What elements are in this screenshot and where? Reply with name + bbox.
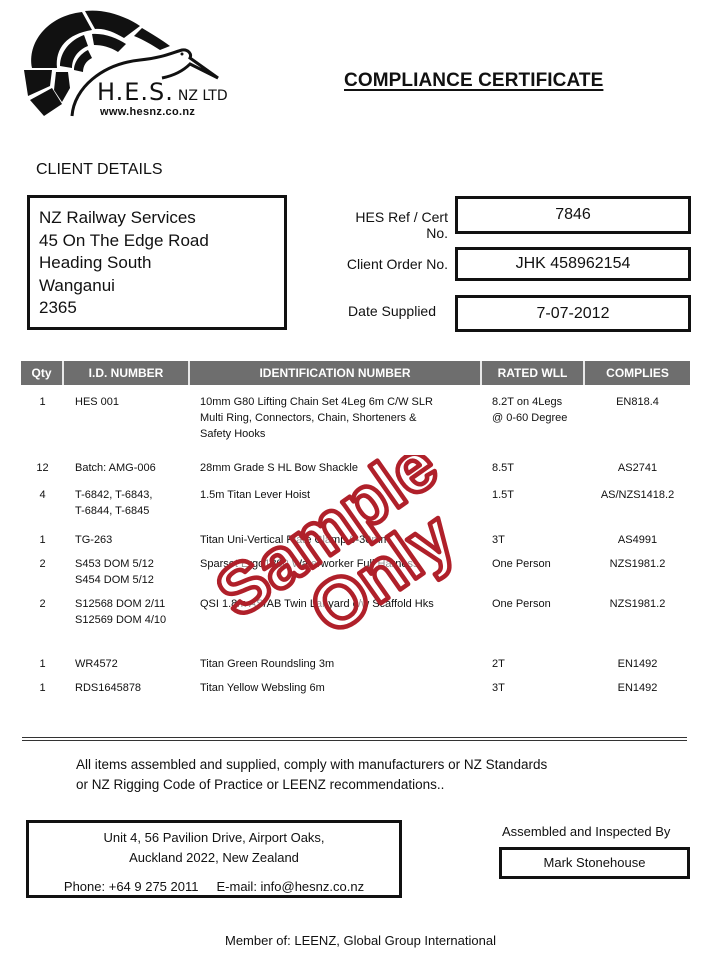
cell-qty: 12 [21,460,64,476]
cell-id-number-line: Batch: AMG-006 [75,460,190,476]
certificate-title: COMPLIANCE CERTIFICATE [344,70,603,92]
inspected-by-label: Assembled and Inspected By [502,824,670,839]
table-row: 2S12568 DOM 2/11S12569 DOM 4/10QSI 1.8m … [21,596,690,628]
cell-description: Titan Green Roundsling 3m [190,656,482,672]
compliance-statement: All items assembled and supplied, comply… [76,755,547,795]
cell-description: 28mm Grade S HL Bow Shackle [190,460,482,476]
cell-complies: EN818.4 [585,394,690,442]
cell-qty: 2 [21,556,64,588]
date-supplied-value: 7-07-2012 [455,295,691,332]
cell-complies: AS/NZS1418.2 [585,487,690,519]
cell-description: QSI 1.8m AS/AB Twin Lanyard c/w Scaffold… [190,596,482,628]
client-details-box: NZ Railway Services 45 On The Edge Road … [27,195,287,330]
cell-rated-wll-line: 3T [492,532,585,548]
cell-rated-wll: 1.5T [482,487,585,519]
cell-description-line: Titan Green Roundsling 3m [200,656,482,672]
cell-complies: NZS1981.2 [585,596,690,628]
column-header-id-number: I.D. NUMBER [64,361,190,385]
cell-description: 1.5m Titan Lever Hoist [190,487,482,519]
client-name: NZ Railway Services [39,207,284,230]
client-street: 45 On The Edge Road [39,230,284,253]
cell-qty: 1 [21,680,64,696]
company-email: E-mail: info@hesnz.co.nz [216,879,364,894]
cell-id-number-line: S12569 DOM 4/10 [75,612,190,628]
cell-id-number-line: T-6844, T-6845 [75,503,190,519]
column-header-qty: Qty [21,361,64,385]
inspector-name: Mark Stonehouse [499,847,690,879]
cell-id-number: TG-263 [64,532,190,548]
table-row: 4T-6842, T-6843,T-6844, T-68451.5m Titan… [21,487,690,519]
company-contact: Phone: +64 9 275 2011E-mail: info@hesnz.… [29,877,399,897]
statement-line: All items assembled and supplied, comply… [76,755,547,775]
cell-id-number-line: S454 DOM 5/12 [75,572,190,588]
cell-qty: 1 [21,394,64,442]
cell-id-number: Batch: AMG-006 [64,460,190,476]
cell-description-line: Safety Hooks [200,426,482,442]
cell-rated-wll-line: One Person [492,556,585,572]
cell-id-number-line: S453 DOM 5/12 [75,556,190,572]
table-row: 1TG-263Titan Uni-Vertical Plate Clamp 0-… [21,532,690,548]
cell-rated-wll-line: @ 0-60 Degree [492,410,585,426]
cell-id-number: T-6842, T-6843,T-6844, T-6845 [64,487,190,519]
cell-id-number-line: RDS1645878 [75,680,190,696]
cell-id-number: WR4572 [64,656,190,672]
cell-description-line: 10mm G80 Lifting Chain Set 4Leg 6m C/W S… [200,394,482,410]
client-details-heading: CLIENT DETAILS [36,161,163,179]
cell-id-number-line: S12568 DOM 2/11 [75,596,190,612]
cell-complies: NZS1981.2 [585,556,690,588]
address-line-2: Auckland 2022, New Zealand [29,848,399,868]
divider-line-bottom [22,740,687,741]
logo-company-name: H.E.S.NZ LTD [97,78,228,106]
column-header-rated-wll: RATED WLL [482,361,585,385]
cell-id-number: HES 001 [64,394,190,442]
column-header-complies: COMPLIES [585,361,690,385]
cell-description: 10mm G80 Lifting Chain Set 4Leg 6m C/W S… [190,394,482,442]
column-header-identification: IDENTIFICATION NUMBER [190,361,482,385]
cell-complies: AS4991 [585,532,690,548]
cell-rated-wll-line: 2T [492,656,585,672]
cell-description-line: Titan Uni-Vertical Plate Clamp 0-30mm [200,532,482,548]
table-row: 1WR4572Titan Green Roundsling 3m2TEN1492 [21,656,690,672]
cell-complies: AS2741 [585,460,690,476]
cell-rated-wll: 3T [482,680,585,696]
date-supplied-label: Date Supplied [330,303,436,319]
cell-rated-wll-line: 3T [492,680,585,696]
client-city: Wanganui [39,275,284,298]
table-row: 12Batch: AMG-00628mm Grade S HL Bow Shac… [21,460,690,476]
cell-description-line: 1.5m Titan Lever Hoist [200,487,482,503]
cell-rated-wll: 2T [482,656,585,672]
cert-number-label: HES Ref / Cert No. [330,209,448,241]
cell-qty: 1 [21,656,64,672]
client-order-value: JHK 458962154 [455,247,691,281]
cell-rated-wll: One Person [482,556,585,588]
cell-id-number-line: HES 001 [75,394,190,410]
table-header: Qty I.D. NUMBER IDENTIFICATION NUMBER RA… [21,361,690,385]
cell-description-line: Titan Yellow Websling 6m [200,680,482,696]
cell-description: Titan Uni-Vertical Plate Clamp 0-30mm [190,532,482,548]
cell-qty: 4 [21,487,64,519]
cell-rated-wll-line: 8.5T [492,460,585,476]
cell-id-number-line: WR4572 [75,656,190,672]
table-row: 2S453 DOM 5/12S454 DOM 5/12Sparset Ergo1… [21,556,690,588]
cell-rated-wll: 3T [482,532,585,548]
divider-line-top [22,737,687,738]
cell-description-line: QSI 1.8m AS/AB Twin Lanyard c/w Scaffold… [200,596,482,612]
client-order-label: Client Order No. [330,256,448,272]
company-phone: Phone: +64 9 275 2011 [64,879,199,894]
company-address-box: Unit 4, 56 Pavilion Drive, Airport Oaks,… [26,820,402,898]
cell-qty: 2 [21,596,64,628]
client-locality: Heading South [39,252,284,275]
cell-qty: 1 [21,532,64,548]
cell-description-line: 28mm Grade S HL Bow Shackle [200,460,482,476]
cell-id-number: S453 DOM 5/12S454 DOM 5/12 [64,556,190,588]
cell-description-line: Multi Ring, Connectors, Chain, Shortener… [200,410,482,426]
cell-description: Sparset Ergo1800 Waterworker Full Harnes… [190,556,482,588]
cell-description-line: Sparset Ergo1800 Waterworker Full Harnes… [200,556,482,572]
address-line-1: Unit 4, 56 Pavilion Drive, Airport Oaks, [29,828,399,848]
cell-complies: EN1492 [585,656,690,672]
logo-website: www.hesnz.co.nz [100,106,195,118]
cell-rated-wll: 8.2T on 4Legs@ 0-60 Degree [482,394,585,442]
cell-id-number-line: T-6842, T-6843, [75,487,190,503]
cell-id-number: S12568 DOM 2/11S12569 DOM 4/10 [64,596,190,628]
cell-complies: EN1492 [585,680,690,696]
statement-line: or NZ Rigging Code of Practice or LEENZ … [76,775,547,795]
cell-rated-wll-line: 1.5T [492,487,585,503]
table-body: 1HES 00110mm G80 Lifting Chain Set 4Leg … [21,394,690,696]
cell-rated-wll: 8.5T [482,460,585,476]
client-postcode: 2365 [39,297,284,320]
membership-footer: Member of: LEENZ, Global Group Internati… [225,933,496,948]
company-logo: H.E.S.NZ LTD www.hesnz.co.nz [22,8,242,120]
cert-number-value: 7846 [455,196,691,234]
items-table: Qty I.D. NUMBER IDENTIFICATION NUMBER RA… [21,361,690,696]
cell-rated-wll-line: One Person [492,596,585,612]
cell-description: Titan Yellow Websling 6m [190,680,482,696]
cell-rated-wll: One Person [482,596,585,628]
cell-id-number: RDS1645878 [64,680,190,696]
table-row: 1RDS1645878Titan Yellow Websling 6m3TEN1… [21,680,690,696]
table-row: 1HES 00110mm G80 Lifting Chain Set 4Leg … [21,394,690,442]
cell-rated-wll-line: 8.2T on 4Legs [492,394,585,410]
cell-id-number-line: TG-263 [75,532,190,548]
